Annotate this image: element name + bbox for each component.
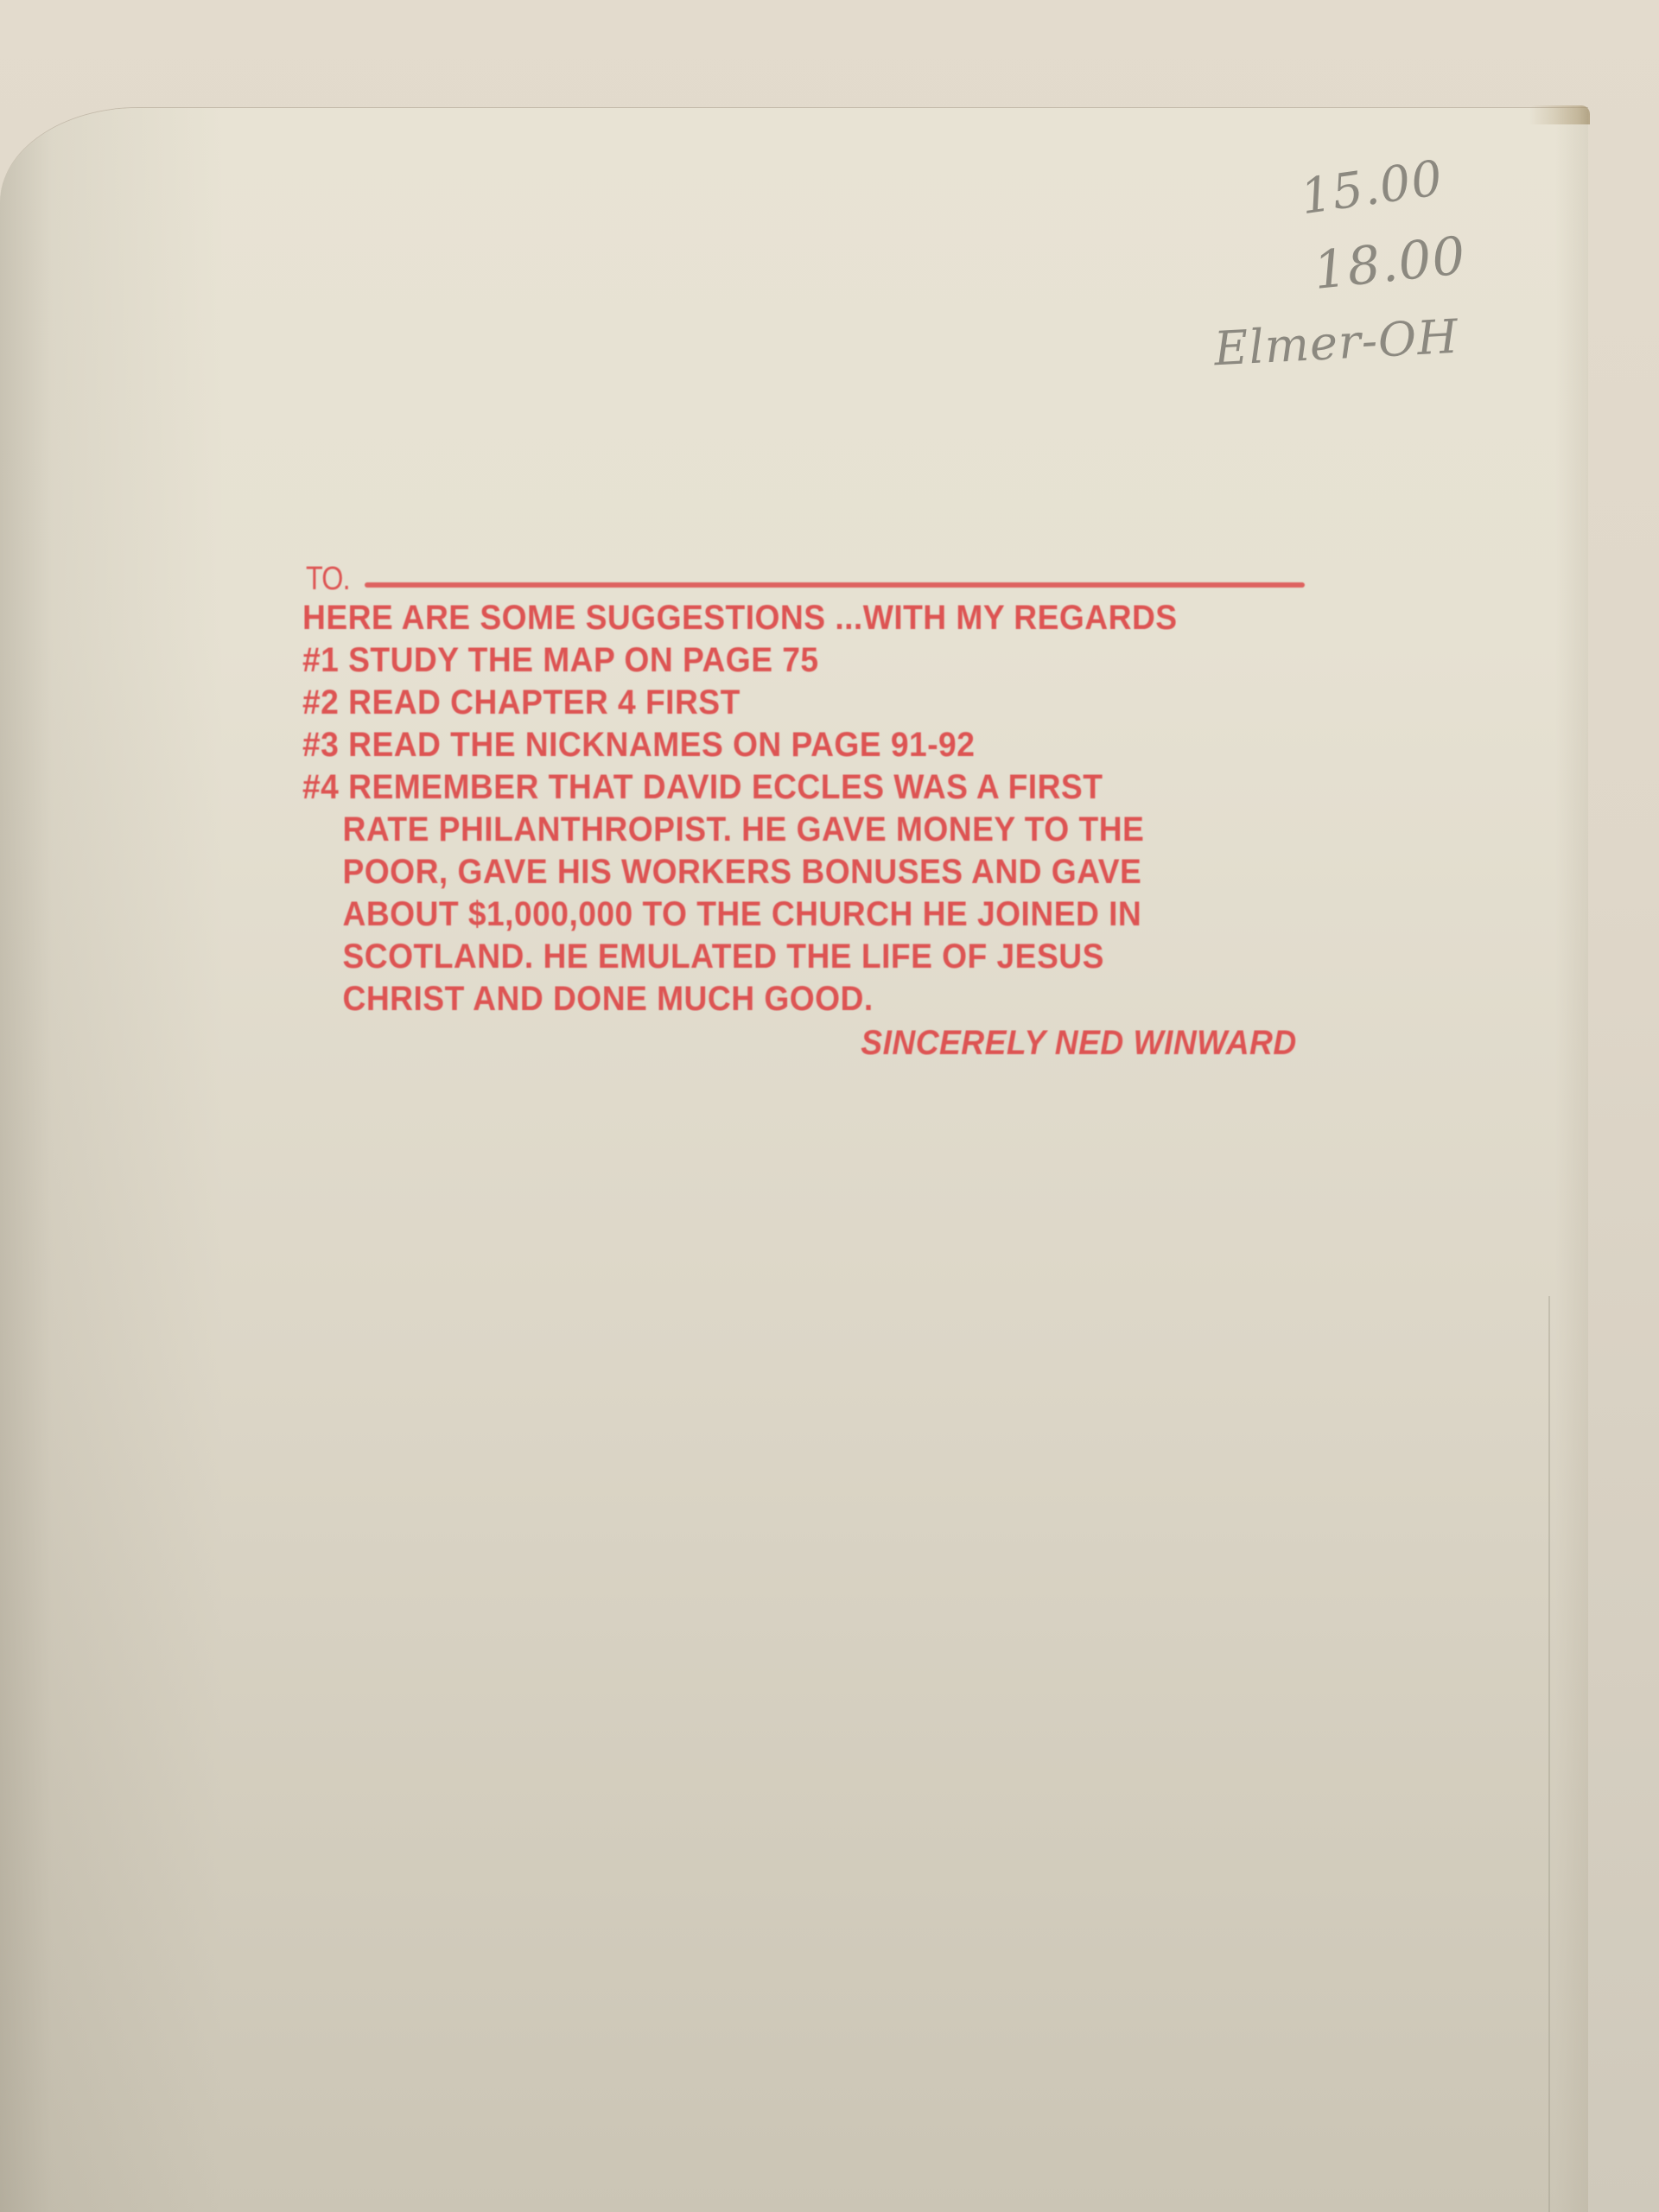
page-edge-shadow bbox=[1548, 1296, 1550, 2212]
stamp-to-field: To. bbox=[302, 557, 1305, 597]
page-fore-edge bbox=[1555, 108, 1588, 2212]
stamp-suggestion-4: #4 REMEMBER THAT DAVID ECCLES WAS A FIRS… bbox=[302, 766, 1235, 809]
stamp-signature: SINCERELY NED WINWARD bbox=[372, 1022, 1305, 1065]
stamp-continuation-5: CHRIST AND DONE MUCH GOOD. bbox=[302, 978, 1235, 1020]
stamp-continuation-3: ABOUT $1,000,000 TO THE CHURCH HE JOINED… bbox=[302, 893, 1235, 936]
page-corner-stain bbox=[1529, 105, 1590, 124]
stamp-suggestion-3: #3 READ THE NICKNAMES ON PAGE 91-92 bbox=[302, 724, 1235, 766]
stamp-continuation-4: SCOTLAND. HE EMULATED THE LIFE OF JESUS bbox=[302, 936, 1235, 978]
stamp-to-underline bbox=[365, 582, 1305, 588]
stamp-suggestion-2: #2 READ CHAPTER 4 FIRST bbox=[302, 682, 1235, 724]
stamp-heading: HERE ARE SOME SUGGESTIONS ...WITH MY REG… bbox=[302, 597, 1235, 639]
rubber-stamp-inscription: To. HERE ARE SOME SUGGESTIONS ...WITH MY… bbox=[302, 557, 1305, 1065]
book-flyleaf-page bbox=[0, 108, 1588, 2212]
stamp-suggestion-1: #1 STUDY THE MAP ON PAGE 75 bbox=[302, 639, 1235, 682]
stamp-continuation-2: POOR, GAVE HIS WORKERS BONUSES AND GAVE bbox=[302, 851, 1235, 893]
stamp-continuation-1: RATE PHILANTHROPIST. HE GAVE MONEY TO TH… bbox=[302, 809, 1235, 851]
stamp-to-label: To. bbox=[306, 561, 350, 598]
